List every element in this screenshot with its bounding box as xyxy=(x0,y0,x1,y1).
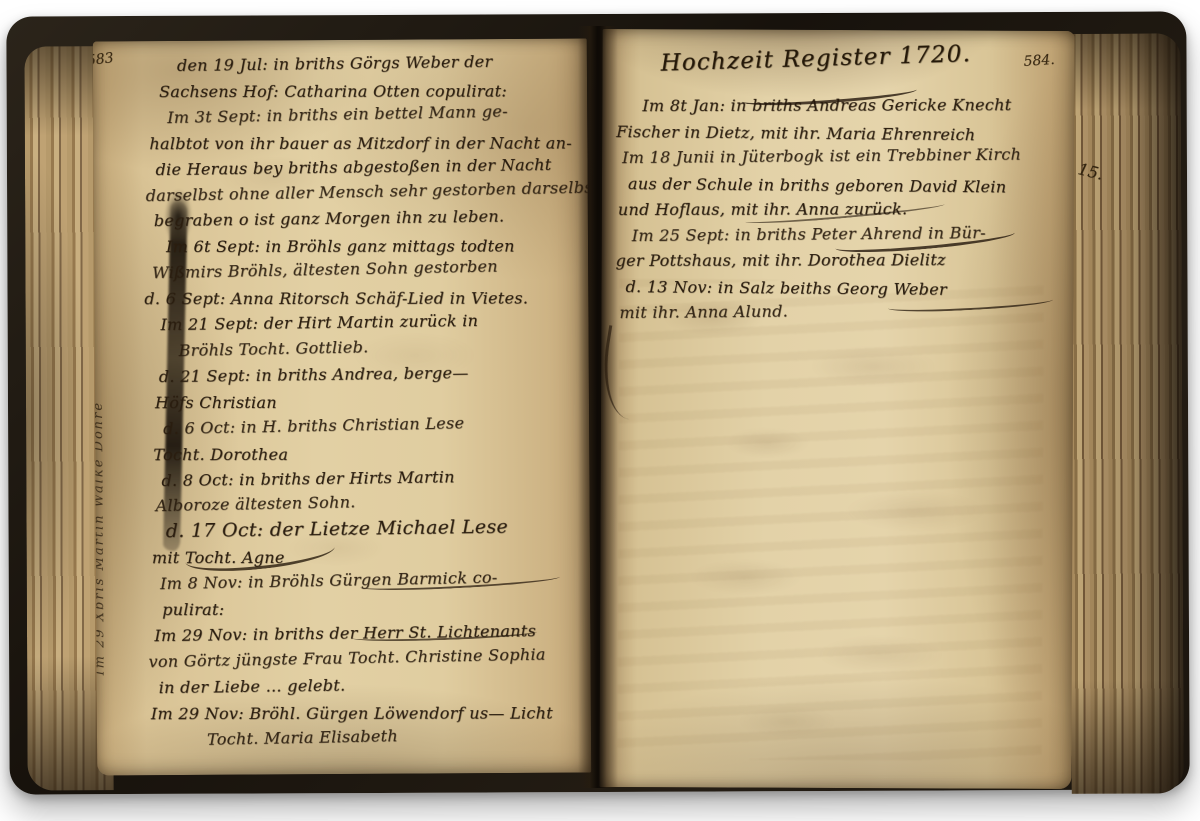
photo-of-open-register-book: 583 Im 29 Xbris Martin Walke Döhre den 1… xyxy=(0,0,1200,821)
right-page-number: 584. xyxy=(1023,52,1055,70)
left-page-number: 583 xyxy=(93,50,115,69)
register-entry-line: den 19 Jul: in briths Görgs Weber der xyxy=(177,48,579,79)
register-entry-line: in der Liebe … gelebt. xyxy=(159,669,583,700)
register-entry-line: Im 18 Junii in Jüterbogk ist ein Trebbin… xyxy=(622,141,1068,171)
left-page: 583 Im 29 Xbris Martin Walke Döhre den 1… xyxy=(93,38,591,775)
fore-edge-right-page-stack xyxy=(1068,33,1183,793)
left-page-entries: den 19 Jul: in briths Görgs Weber derSac… xyxy=(143,51,583,753)
register-title: Hochzeit Register 1720. xyxy=(660,41,971,76)
register-entry-line: d. 21 Sept: in briths Andrea, berge— xyxy=(159,358,581,389)
register-entry-line: d. 17 Oct: der Lietze Michael Lese xyxy=(166,514,582,545)
book-gutter-shadow xyxy=(578,26,618,788)
right-page: Hochzeit Register 1720. 584. Im 8t Jan: … xyxy=(599,29,1074,789)
ink-bleed-through xyxy=(617,279,1043,761)
register-entry-line: ger Pottshaus, mit ihr. Dorothea Dielitz xyxy=(616,247,1068,274)
register-entry-line: begraben o ist ganz Morgen ihn zu leben. xyxy=(154,203,580,234)
